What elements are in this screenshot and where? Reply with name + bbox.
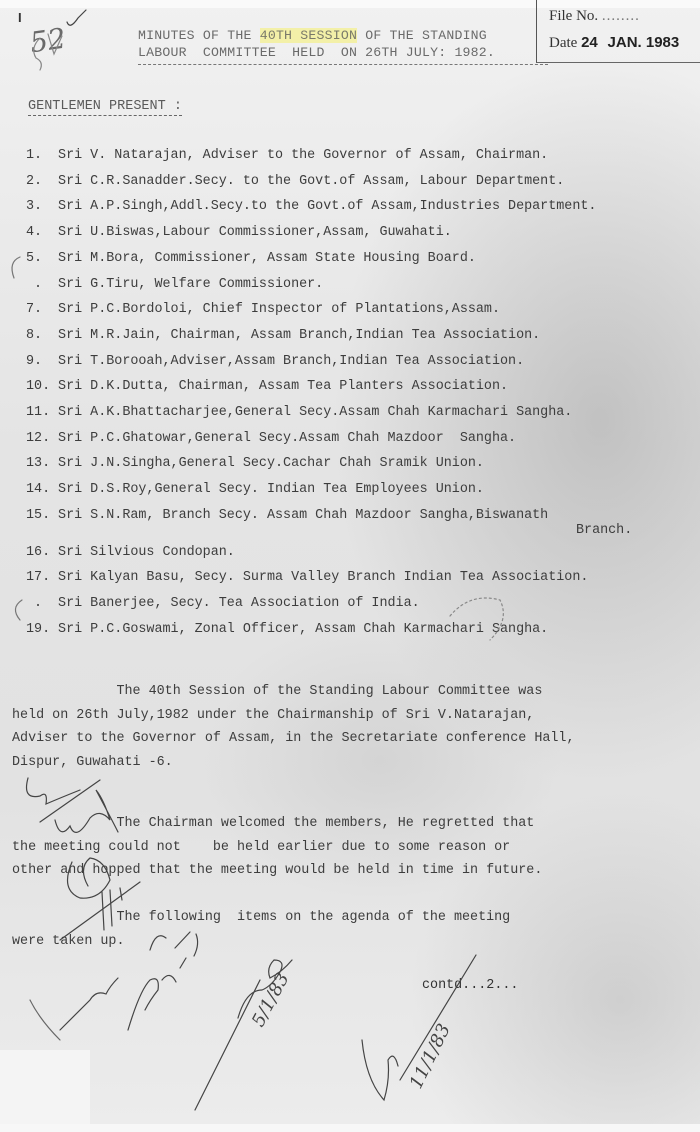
paragraph-session-details: The 40th Session of the Standing Labour … [12,680,575,774]
member-text: Sri P.C.Goswami, Zonal Officer, Assam Ch… [50,622,548,637]
file-number-field: File No. ........ [549,8,640,25]
title-highlight: 40TH SESSION [260,28,357,43]
member-text: Sri Silvious Condopan. [50,545,235,560]
member-text: Sri S.N.Ram, Branch Secy. Assam Chah Maz… [50,508,548,523]
member-text: Sri T.Borooah,Adviser,Assam Branch,India… [50,354,524,369]
member-number: 3. [26,194,50,220]
member-list-item: 11. Sri A.K.Bhattacharjee,General Secy.A… [26,400,696,426]
paragraph-line: The Chairman welcomed the members, He re… [12,812,542,836]
scan-bottom-edge [0,1124,700,1132]
member-list-item: 9. Sri T.Borooah,Adviser,Assam Branch,In… [26,349,696,375]
member-text-continuation: Branch. [26,523,696,538]
handwritten-folio-number: 52 [28,22,68,60]
member-list-item: 16. Sri Silvious Condopan. [26,540,696,566]
paragraph-line: other and hopped that the meeting would … [12,859,542,883]
member-text: Sri D.S.Roy,General Secy. Indian Tea Emp… [50,482,484,497]
member-list-item: 1. Sri V. Natarajan, Adviser to the Gove… [26,143,696,169]
member-text: Sri Banerjee, Secy. Tea Association of I… [50,596,420,611]
member-number: 7. [26,297,50,323]
title-line1-pre: MINUTES OF THE [138,28,260,43]
member-text: Sri Kalyan Basu, Secy. Surma Valley Bran… [50,570,588,585]
member-number: 15. [26,503,50,529]
date-field: Date 24 JAN. 1983 [549,34,679,52]
title-line1-post: OF THE STANDING [357,28,487,43]
member-text: Sri P.C.Bordoloi, Chief Inspector of Pla… [50,302,500,317]
member-text: Sri J.N.Singha,General Secy.Cachar Chah … [50,456,484,471]
member-number: 9. [26,349,50,375]
member-list-item: 5. Sri M.Bora, Commissioner, Assam State… [26,246,696,272]
member-number: 4. [26,220,50,246]
member-list-item: 17. Sri Kalyan Basu, Secy. Surma Valley … [26,565,696,591]
member-number: 1. [26,143,50,169]
member-list-item: . Sri Banerjee, Secy. Tea Association of… [26,591,696,617]
member-text: Sri D.K.Dutta, Chairman, Assam Tea Plant… [50,379,508,394]
member-number: 2. [26,169,50,195]
paragraph-line: held on 26th July,1982 under the Chairma… [12,704,575,728]
page-marker: I [18,10,22,25]
member-number: 13. [26,451,50,477]
member-text: Sri A.P.Singh,Addl.Secy.to the Govt.of A… [50,199,596,214]
paragraph-line: The 40th Session of the Standing Labour … [12,680,575,704]
members-list: 1. Sri V. Natarajan, Adviser to the Gove… [26,143,696,642]
member-list-item: 2. Sri C.R.Sanadder.Secy. to the Govt.of… [26,169,696,195]
title-line2: LABOUR COMMITTEE HELD ON 26TH JULY: 1982… [138,45,495,60]
date-label: Date [549,35,577,51]
member-number: 16. [26,540,50,566]
member-number: 14. [26,477,50,503]
member-text: Sri A.K.Bhattacharjee,General Secy.Assam… [50,405,572,420]
member-list-item: 10. Sri D.K.Dutta, Chairman, Assam Tea P… [26,374,696,400]
continued-marker: contd...2... [422,978,518,993]
member-text: Sri U.Biswas,Labour Commissioner,Assam, … [50,225,452,240]
paragraph-line: Adviser to the Governor of Assam, in the… [12,727,575,751]
member-text: Sri P.C.Ghatowar,General Secy.Assam Chah… [50,431,516,446]
check-mark-icon [67,10,86,25]
member-text: Sri V. Natarajan, Adviser to the Governo… [50,148,548,163]
scan-blank-corner [0,1050,90,1132]
member-text: Sri G.Tiru, Welfare Commissioner. [50,277,323,292]
paragraph-agenda-intro: The following items on the agenda of the… [12,906,510,953]
member-number: 12. [26,426,50,452]
handwritten-date-1: 5/1/83 [248,969,294,1030]
member-number: . [26,272,50,298]
date-stamp-day: 24 [581,34,598,51]
scanned-document-page: I 52 File No. ........ Date 24 JAN. 1983… [0,0,700,1132]
paragraph-chairman-welcome: The Chairman welcomed the members, He re… [12,812,542,883]
member-number: 5. [26,246,50,272]
member-list-item: . Sri G.Tiru, Welfare Commissioner. [26,272,696,298]
present-heading: GENTLEMEN PRESENT : [28,99,182,116]
member-text: Sri M.Bora, Commissioner, Assam State Ho… [50,251,476,266]
date-stamp-value: JAN. 1983 [608,34,680,51]
file-stamp-box: File No. ........ Date 24 JAN. 1983 [536,0,700,63]
title-underline [138,64,548,65]
member-list-item: 13. Sri J.N.Singha,General Secy.Cachar C… [26,451,696,477]
member-list-item: 14. Sri D.S.Roy,General Secy. Indian Tea… [26,477,696,503]
member-number: . [26,591,50,617]
member-number: 11. [26,400,50,426]
member-list-item: 7. Sri P.C.Bordoloi, Chief Inspector of … [26,297,696,323]
paragraph-line: were taken up. [12,930,510,954]
member-number: 19. [26,617,50,643]
member-text: Sri M.R.Jain, Chairman, Assam Branch,Ind… [50,328,540,343]
member-list-item: 12. Sri P.C.Ghatowar,General Secy.Assam … [26,426,696,452]
member-list-item: 3. Sri A.P.Singh,Addl.Secy.to the Govt.o… [26,194,696,220]
member-list-item: 15. Sri S.N.Ram, Branch Secy. Assam Chah… [26,503,696,538]
member-number: 10. [26,374,50,400]
paragraph-line: the meeting could not be held earlier du… [12,836,542,860]
member-list-item: 19. Sri P.C.Goswami, Zonal Officer, Assa… [26,617,696,643]
member-list-item: 4. Sri U.Biswas,Labour Commissioner,Assa… [26,220,696,246]
member-text: Sri C.R.Sanadder.Secy. to the Govt.of As… [50,174,564,189]
file-number-label: File No. [549,8,598,24]
member-number: 17. [26,565,50,591]
paragraph-line: Dispur, Guwahati -6. [12,751,575,775]
handwritten-date-2: 11/1/83 [406,1021,455,1093]
file-number-value: ........ [602,8,640,24]
paragraph-line: The following items on the agenda of the… [12,906,510,930]
member-number: 8. [26,323,50,349]
document-title: MINUTES OF THE 40TH SESSION OF THE STAND… [138,27,495,61]
member-list-item: 8. Sri M.R.Jain, Chairman, Assam Branch,… [26,323,696,349]
